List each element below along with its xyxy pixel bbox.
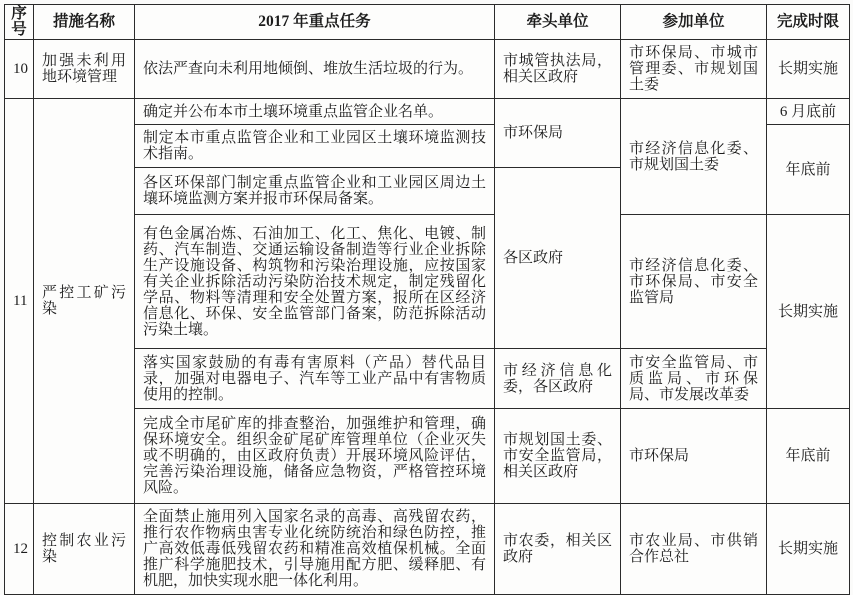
row11-task5-cell: 落实国家鼓励的有毒有害原料（产品）替代品目录，加强对电器电子、汽车等工业产品中有… bbox=[135, 349, 495, 409]
row11-deadline-cell-sub4-5: 长期实施 bbox=[767, 215, 850, 409]
row11-participants-cell-sub6: 市环保局 bbox=[621, 409, 767, 504]
row11-task1-cell: 确定并公布本市土壤环境重点监管企业名单。 bbox=[135, 99, 495, 125]
header-col-measure: 措施名称 bbox=[34, 5, 135, 40]
table-header-row: 序号 措施名称 2017 年重点任务 牵头单位 参加单位 完成时限 bbox=[5, 5, 850, 40]
row-11-sub1: 11 严控工矿污染 确定并公布本市土壤环境重点监管企业名单。 市环保局 市经济信… bbox=[5, 99, 850, 125]
row11-task3-cell: 各区环保部门制定重点监管企业和工业园区周边土壤环境监测方案并报市环保局备案。 bbox=[135, 168, 495, 215]
row11-deadline-cell-sub2-3: 年底前 bbox=[767, 125, 850, 215]
row11-task6-cell: 完成全市尾矿库的排查整治，加强维护和管理，确保环境安全。组织金矿尾矿库管理单位（… bbox=[135, 409, 495, 504]
row12-task-cell: 全面禁止施用列入国家名录的高毒、高残留农药，推行农作物病虫害专业化统防统治和绿色… bbox=[135, 504, 495, 595]
row12-deadline-cell: 长期实施 bbox=[767, 504, 850, 595]
header-col-tasks: 2017 年重点任务 bbox=[135, 5, 495, 40]
row11-lead-cell-sub1-2: 市环保局 bbox=[495, 99, 621, 168]
row10-lead-cell: 市城管执法局，相关区政府 bbox=[495, 40, 621, 99]
row11-task2-cell: 制定本市重点监管企业和工业园区土壤环境监测技术指南。 bbox=[135, 125, 495, 168]
row11-lead-cell-sub6: 市规划国土委、市安全监管局，相关区政府 bbox=[495, 409, 621, 504]
row12-lead-cell: 市农委，相关区政府 bbox=[495, 504, 621, 595]
row11-participants-cell-sub5: 市安全监管局、市质监局、市环保局、市发展改革委 bbox=[621, 349, 767, 409]
row11-lead-cell-sub3-4: 各区政府 bbox=[495, 168, 621, 349]
row11-participants-cell-sub1-3: 市经济信息化委、市规划国土委 bbox=[621, 99, 767, 215]
row12-no-cell: 12 bbox=[5, 504, 34, 595]
header-col-lead: 牵头单位 bbox=[495, 5, 621, 40]
header-col-participants: 参加单位 bbox=[621, 5, 767, 40]
row10-deadline-cell: 长期实施 bbox=[767, 40, 850, 99]
row11-task4-cell: 有色金属冶炼、石油加工、化工、焦化、电镀、制药、汽车制造、交通运输设备制造等行业… bbox=[135, 215, 495, 349]
row12-measure-cell: 控制农业污染 bbox=[34, 504, 135, 595]
header-col-deadline: 完成时限 bbox=[767, 5, 850, 40]
document-page: 序号 措施名称 2017 年重点任务 牵头单位 参加单位 完成时限 10 加强未… bbox=[0, 0, 853, 595]
action-plan-table: 序号 措施名称 2017 年重点任务 牵头单位 参加单位 完成时限 10 加强未… bbox=[4, 4, 850, 595]
row10-participants-cell: 市环保局、市城市管理委、市规划国土委 bbox=[621, 40, 767, 99]
row11-measure-cell: 严控工矿污染 bbox=[34, 99, 135, 504]
header-col-no: 序号 bbox=[5, 5, 34, 40]
row12-participants-cell: 市农业局、市供销合作总社 bbox=[621, 504, 767, 595]
row10-no-cell: 10 bbox=[5, 40, 34, 99]
row-10: 10 加强未利用地环境管理 依法严查向未利用地倾倒、堆放生活垃圾的行为。 市城管… bbox=[5, 40, 850, 99]
row10-task-cell: 依法严查向未利用地倾倒、堆放生活垃圾的行为。 bbox=[135, 40, 495, 99]
row-12: 12 控制农业污染 全面禁止施用列入国家名录的高毒、高残留农药，推行农作物病虫害… bbox=[5, 504, 850, 595]
row10-measure-cell: 加强未利用地环境管理 bbox=[34, 40, 135, 99]
row11-deadline-cell-sub6: 年底前 bbox=[767, 409, 850, 504]
row11-no-cell: 11 bbox=[5, 99, 34, 504]
row11-lead-cell-sub5: 市经济信息化委，各区政府 bbox=[495, 349, 621, 409]
row11-participants-cell-sub4: 市经济信息化委、市环保局、市安全监管局 bbox=[621, 215, 767, 349]
row11-deadline-cell-sub1: 6 月底前 bbox=[767, 99, 850, 125]
